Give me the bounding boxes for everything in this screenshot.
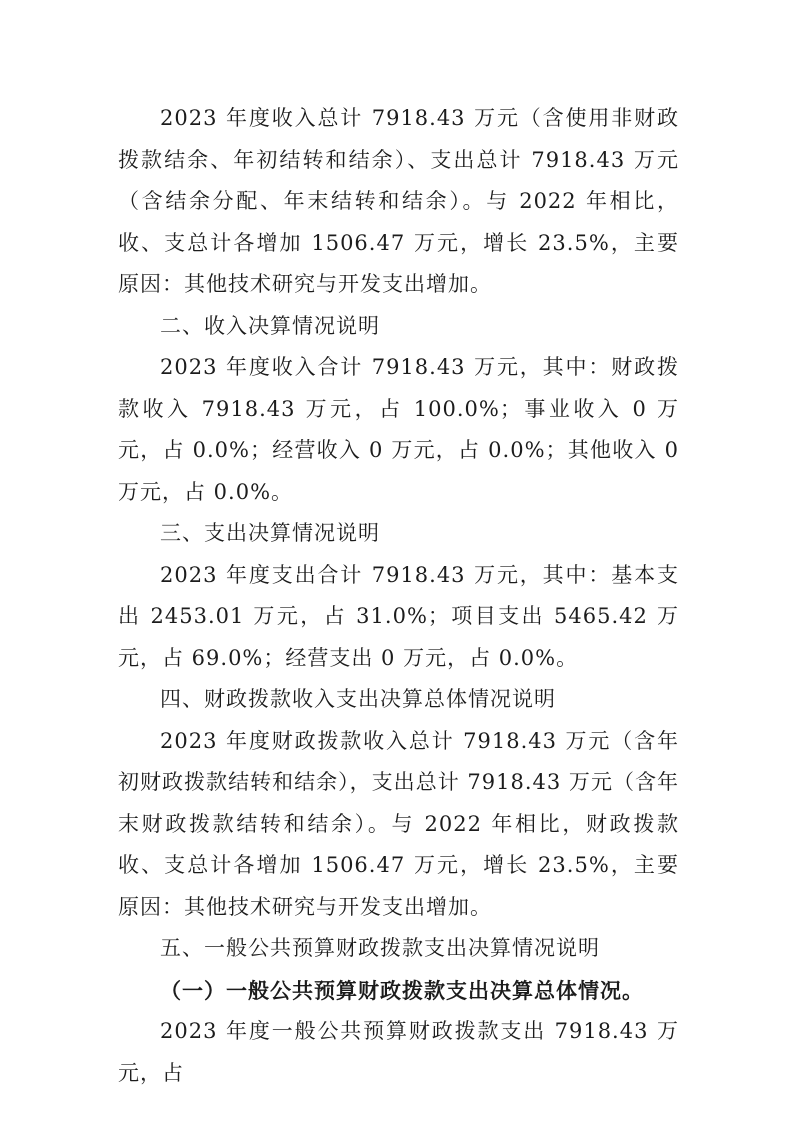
paragraph-expense-breakdown: 2023 年度支出合计 7918.43 万元，其中：基本支出 2453.01 万… <box>118 555 679 680</box>
subheading-general-public-budget-overall-situation: （一）一般公共预算财政拨款支出决算总体情况。 <box>118 970 679 1012</box>
paragraph-total-income-expense-summary: 2023 年度收入总计 7918.43 万元（含使用非财政拨款结余、年初结转和结… <box>118 98 679 306</box>
heading-section-2-income-final-accounts: 二、收入决算情况说明 <box>118 306 679 348</box>
document-page: 2023 年度收入总计 7918.43 万元（含使用非财政拨款结余、年初结转和结… <box>0 0 793 1122</box>
paragraph-income-breakdown: 2023 年度收入合计 7918.43 万元，其中：财政拨款收入 7918.43… <box>118 347 679 513</box>
heading-section-5-general-public-budget-expense: 五、一般公共预算财政拨款支出决算情况说明 <box>118 928 679 970</box>
paragraph-fiscal-appropriation-summary: 2023 年度财政拨款收入总计 7918.43 万元（含年初财政拨款结转和结余）… <box>118 721 679 929</box>
heading-section-4-fiscal-appropriation-overview: 四、财政拨款收入支出决算总体情况说明 <box>118 679 679 721</box>
paragraph-general-public-budget-expense-amount: 2023 年度一般公共预算财政拨款支出 7918.43 万元，占 <box>118 1011 679 1094</box>
heading-section-3-expense-final-accounts: 三、支出决算情况说明 <box>118 513 679 555</box>
